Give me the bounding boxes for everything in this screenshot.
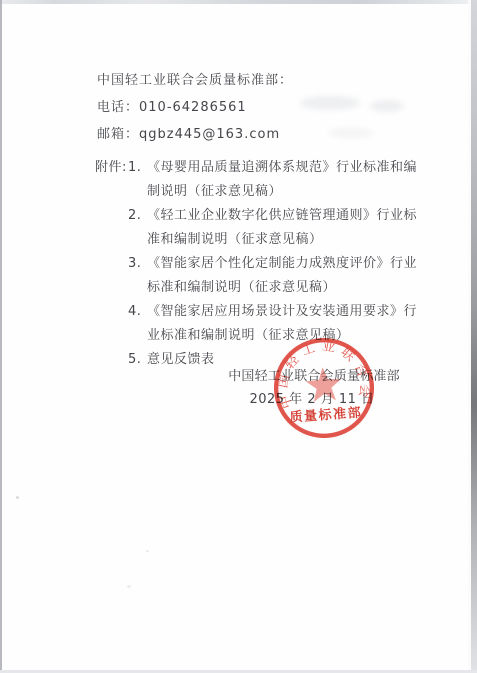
- contact-email: 邮箱：qgbz445@163.com: [97, 121, 293, 148]
- attachment-line: 标准和编制说明（征求意见稿）: [147, 276, 435, 300]
- attachment-number: 2.: [128, 204, 141, 228]
- official-seal-graphic: 中国轻工业联合会 质量标准部: [268, 332, 379, 443]
- attachment-line: 《智能家居应用场景设计及安装通用要求》行: [147, 300, 435, 324]
- contact-phone: 电话：010-64286561: [97, 94, 293, 121]
- seal-star-icon: [305, 366, 343, 402]
- attachment-line: 《母婴用品质量追溯体系规范》行业标准和编: [147, 156, 435, 180]
- attachment-number: 4.: [128, 300, 141, 324]
- scanned-document-page: 中国轻工业联合会质量标准部： 电话：010-64286561 邮箱：qgbz44…: [0, 0, 477, 673]
- attachment-item-2: 2. 《轻工业企业数字化供应链管理通则》行业标 准和编制说明（征求意见稿）: [95, 204, 435, 252]
- contact-department: 中国轻工业联合会质量标准部：: [97, 67, 293, 94]
- scan-speck: [146, 550, 149, 552]
- attachments-label: 附件:: [95, 156, 127, 180]
- bleedthrough-smudge: [300, 96, 360, 110]
- scan-speck: [127, 585, 131, 588]
- attachment-line: 《轻工业企业数字化供应链管理通则》行业标: [147, 204, 435, 228]
- bleedthrough-smudge: [370, 100, 404, 112]
- seal-bottom-text: 质量标准部: [289, 405, 363, 426]
- scan-edge-right-highlight: [468, 0, 471, 673]
- official-seal: 中国轻工业联合会 质量标准部: [268, 332, 379, 443]
- attachment-item-3: 3. 《智能家居个性化定制能力成熟度评价》行业 标准和编制说明（征求意见稿）: [95, 252, 435, 300]
- scan-edge-top: [0, 0, 477, 4]
- scan-edge-left: [0, 0, 2, 673]
- attachment-line: 准和编制说明（征求意见稿）: [147, 228, 435, 252]
- attachment-number: 5.: [128, 348, 141, 372]
- attachment-line: 《智能家居个性化定制能力成熟度评价》行业: [147, 252, 435, 276]
- attachment-item-1: 附件: 1. 《母婴用品质量追溯体系规范》行业标准和编 制说明（征求意见稿）: [95, 156, 435, 204]
- contact-block: 中国轻工业联合会质量标准部： 电话：010-64286561 邮箱：qgbz44…: [97, 67, 293, 148]
- attachment-number: 1.: [128, 156, 141, 180]
- attachments-list: 附件: 1. 《母婴用品质量追溯体系规范》行业标准和编 制说明（征求意见稿） 2…: [95, 156, 435, 372]
- attachment-item-4: 4. 《智能家居应用场景设计及安装通用要求》行 业标准和编制说明（征求意见稿）: [95, 300, 435, 348]
- scan-speck: [16, 496, 19, 499]
- attachment-line: 制说明（征求意见稿）: [147, 180, 435, 204]
- bleedthrough-smudge: [328, 128, 374, 138]
- attachment-number: 3.: [128, 252, 141, 276]
